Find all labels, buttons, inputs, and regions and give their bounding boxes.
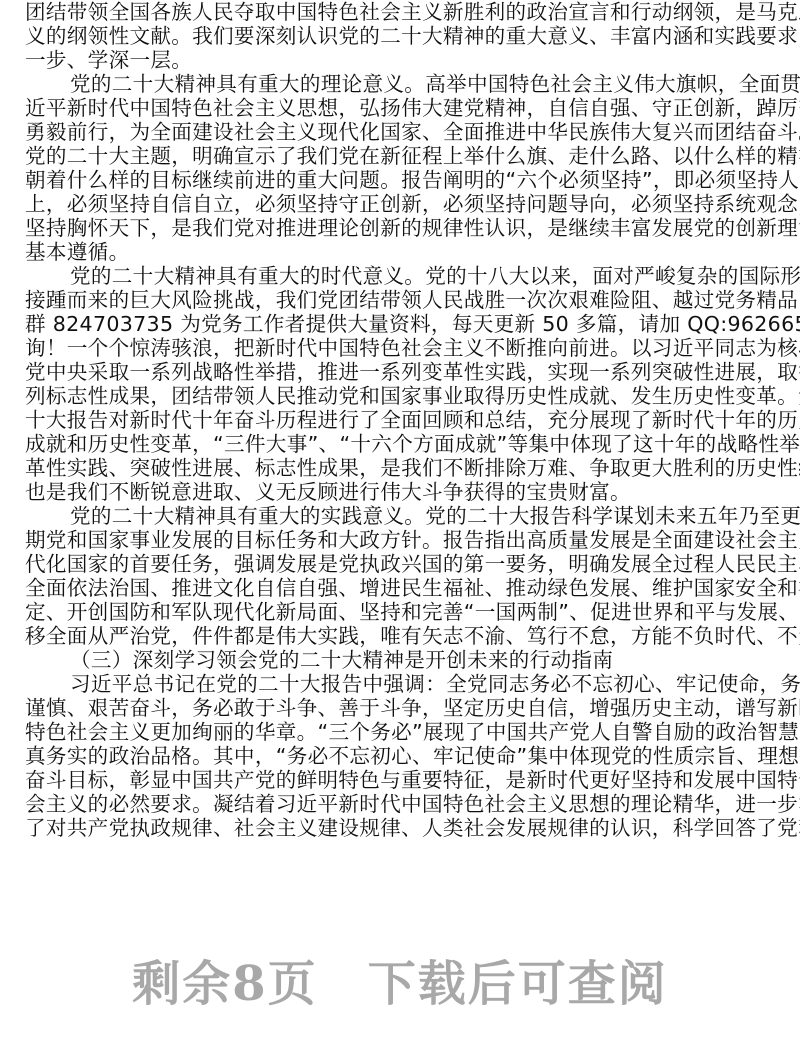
text-line: 党的二十大精神具有重大的时代意义。党的十八大以来，面对严峻复杂的国际形势和 [25, 264, 775, 288]
text-line: 成就和历史性变革，“三件大事”、“十六个方面成就”等集中体现了这十年的战略性举措… [25, 432, 775, 456]
download-to-read-more-banner[interactable]: 剩余8页下载后可查阅 [0, 945, 800, 1014]
text-line: 习近平总书记在党的二十大报告中强调：全党同志务必不忘初心、牢记使命，务必谦虚 [25, 672, 775, 696]
text-line: 真务实的政治品格。其中，“务必不忘初心、牢记使命”集中体现党的性质宗旨、理想信念… [25, 744, 775, 768]
text-line: 也是我们不断锐意进取、义无反顾进行伟大斗争获得的宝贵财富。 [25, 480, 775, 504]
document-page: 团结带领全国各族人民夺取中国特色社会主义新胜利的政治宣言和行动纲领，是马克思主 … [25, 0, 775, 840]
section-heading-text: （三）深刻学习领会党的二十大精神是开创未来的行动指南 [25, 648, 775, 672]
text-line: 革性实践、突破性进展、标志性成果，是我们不断排除万难、争取更大胜利的历史性经验， [25, 456, 775, 480]
paragraph-practical-significance: 党的二十大精神具有重大的实践意义。党的二十大报告科学谋划未来五年乃至更长时 期党… [25, 504, 775, 648]
paragraph-era-significance: 党的二十大精神具有重大的时代意义。党的十八大以来，面对严峻复杂的国际形势和 接踵… [25, 264, 775, 504]
text-line: 接踵而来的巨大风险挑战，我们党团结带领人民战胜一次次艰难险阻、越过党务精品 QQ [25, 288, 775, 312]
text-line: 谨慎、艰苦奋斗，务必敢于斗争、善于斗争，坚定历史自信，增强历史主动，谱写新时代中… [25, 696, 775, 720]
text-line: 列标志性成果，团结带领人民推动党和国家事业取得历史性成就、发生历史性变革。党的二 [25, 384, 775, 408]
text-line: 了对共产党执政规律、社会主义建设规律、人类社会发展规律的认识，科学回答了党和国家 [25, 816, 775, 840]
text-line: 党的二十大精神具有重大的理论意义。高举中国特色社会主义伟大旗帜，全面贯彻习 [25, 72, 775, 96]
text-line: 党的二十大精神具有重大的实践意义。党的二十大报告科学谋划未来五年乃至更长时 [25, 504, 775, 528]
section-heading: （三）深刻学习领会党的二十大精神是开创未来的行动指南 [25, 648, 775, 672]
paragraph-1: 团结带领全国各族人民夺取中国特色社会主义新胜利的政治宣言和行动纲领，是马克思主 … [25, 0, 775, 72]
text-line: 特色社会主义更加绚丽的华章。“三个务必”展现了中国共产党人自警自励的政治智慧和求 [25, 720, 775, 744]
text-line: 询！一个个惊涛骇浪，把新时代中国特色社会主义不断推向前进。以习近平同志为核心的 [25, 336, 775, 360]
text-line: 期党和国家事业发展的目标任务和大政方针。报告指出高质量发展是全面建设社会主义现 [25, 528, 775, 552]
text-line: 十大报告对新时代十年奋斗历程进行了全面回顾和总结，充分展现了新时代十年的历史性 [25, 408, 775, 432]
text-line: 定、开创国防和军队现代化新局面、坚持和完善“一国两制”、促进世界和平与发展、坚定… [25, 600, 775, 624]
text-line: 团结带领全国各族人民夺取中国特色社会主义新胜利的政治宣言和行动纲领，是马克思主 [25, 0, 775, 24]
text-line: 代化国家的首要任务，强调发展是党执政兴国的第一要务，明确发展全过程人民民主、坚持 [25, 552, 775, 576]
text-line: 上，必须坚持自信自立，必须坚持守正创新，必须坚持问题导向，必须坚持系统观念，必须 [25, 192, 775, 216]
download-hint-label: 下载后可查阅 [368, 945, 668, 1014]
paragraph-theoretical-significance: 党的二十大精神具有重大的理论意义。高举中国特色社会主义伟大旗帜，全面贯彻习 近平… [25, 72, 775, 264]
text-line: 奋斗目标，彰显中国共产党的鲜明特色与重要特征，是新时代更好坚持和发展中国特色社 [25, 768, 775, 792]
text-line: 党的二十大主题，明确宣示了我们党在新征程上举什么旗、走什么路、以什么样的精神状态… [25, 144, 775, 168]
text-line: 近平新时代中国特色社会主义思想，弘扬伟大建党精神，自信自强、守正创新，踔厉奋发， [25, 96, 775, 120]
text-line: 朝着什么样的目标继续前进的重大问题。报告阐明的“六个必须坚持”，即必须坚持人民至 [25, 168, 775, 192]
text-line: 一步、学深一层。 [25, 48, 775, 72]
text-line: 移全面从严治党，件件都是伟大实践，唯有矢志不渝、笃行不怠，方能不负时代、不负人民… [25, 624, 775, 648]
remaining-pages-label: 剩余8页 [132, 945, 317, 1014]
text-line: 会主义的必然要求。凝结着习近平新时代中国特色社会主义思想的理论精华，进一步深化 [25, 792, 775, 816]
text-line: 党中央采取一系列战略性举措，推进一系列变革性实践，实现一系列突破性进展，取得一系 [25, 360, 775, 384]
text-line: 群 824703735 为党务工作者提供大量资料，每天更新 50 多篇，请加 Q… [25, 312, 775, 336]
text-line: 义的纲领性文献。我们要深刻认识党的二十大精神的重大意义、丰富内涵和实践要求，先学 [25, 24, 775, 48]
text-line: 基本遵循。 [25, 240, 775, 264]
text-line: 勇毅前行，为全面建设社会主义现代化国家、全面推进中华民族伟大复兴而团结奋斗。这是 [25, 120, 775, 144]
paragraph-guidance: 习近平总书记在党的二十大报告中强调：全党同志务必不忘初心、牢记使命，务必谦虚 谨… [25, 672, 775, 840]
text-line: 全面依法治国、推进文化自信自强、增进民生福祉、推动绿色发展、维护国家安全和社会稳 [25, 576, 775, 600]
text-line: 坚持胸怀天下，是我们党对推进理论创新的规律性认识，是继续丰富发展党的创新理论的 [25, 216, 775, 240]
